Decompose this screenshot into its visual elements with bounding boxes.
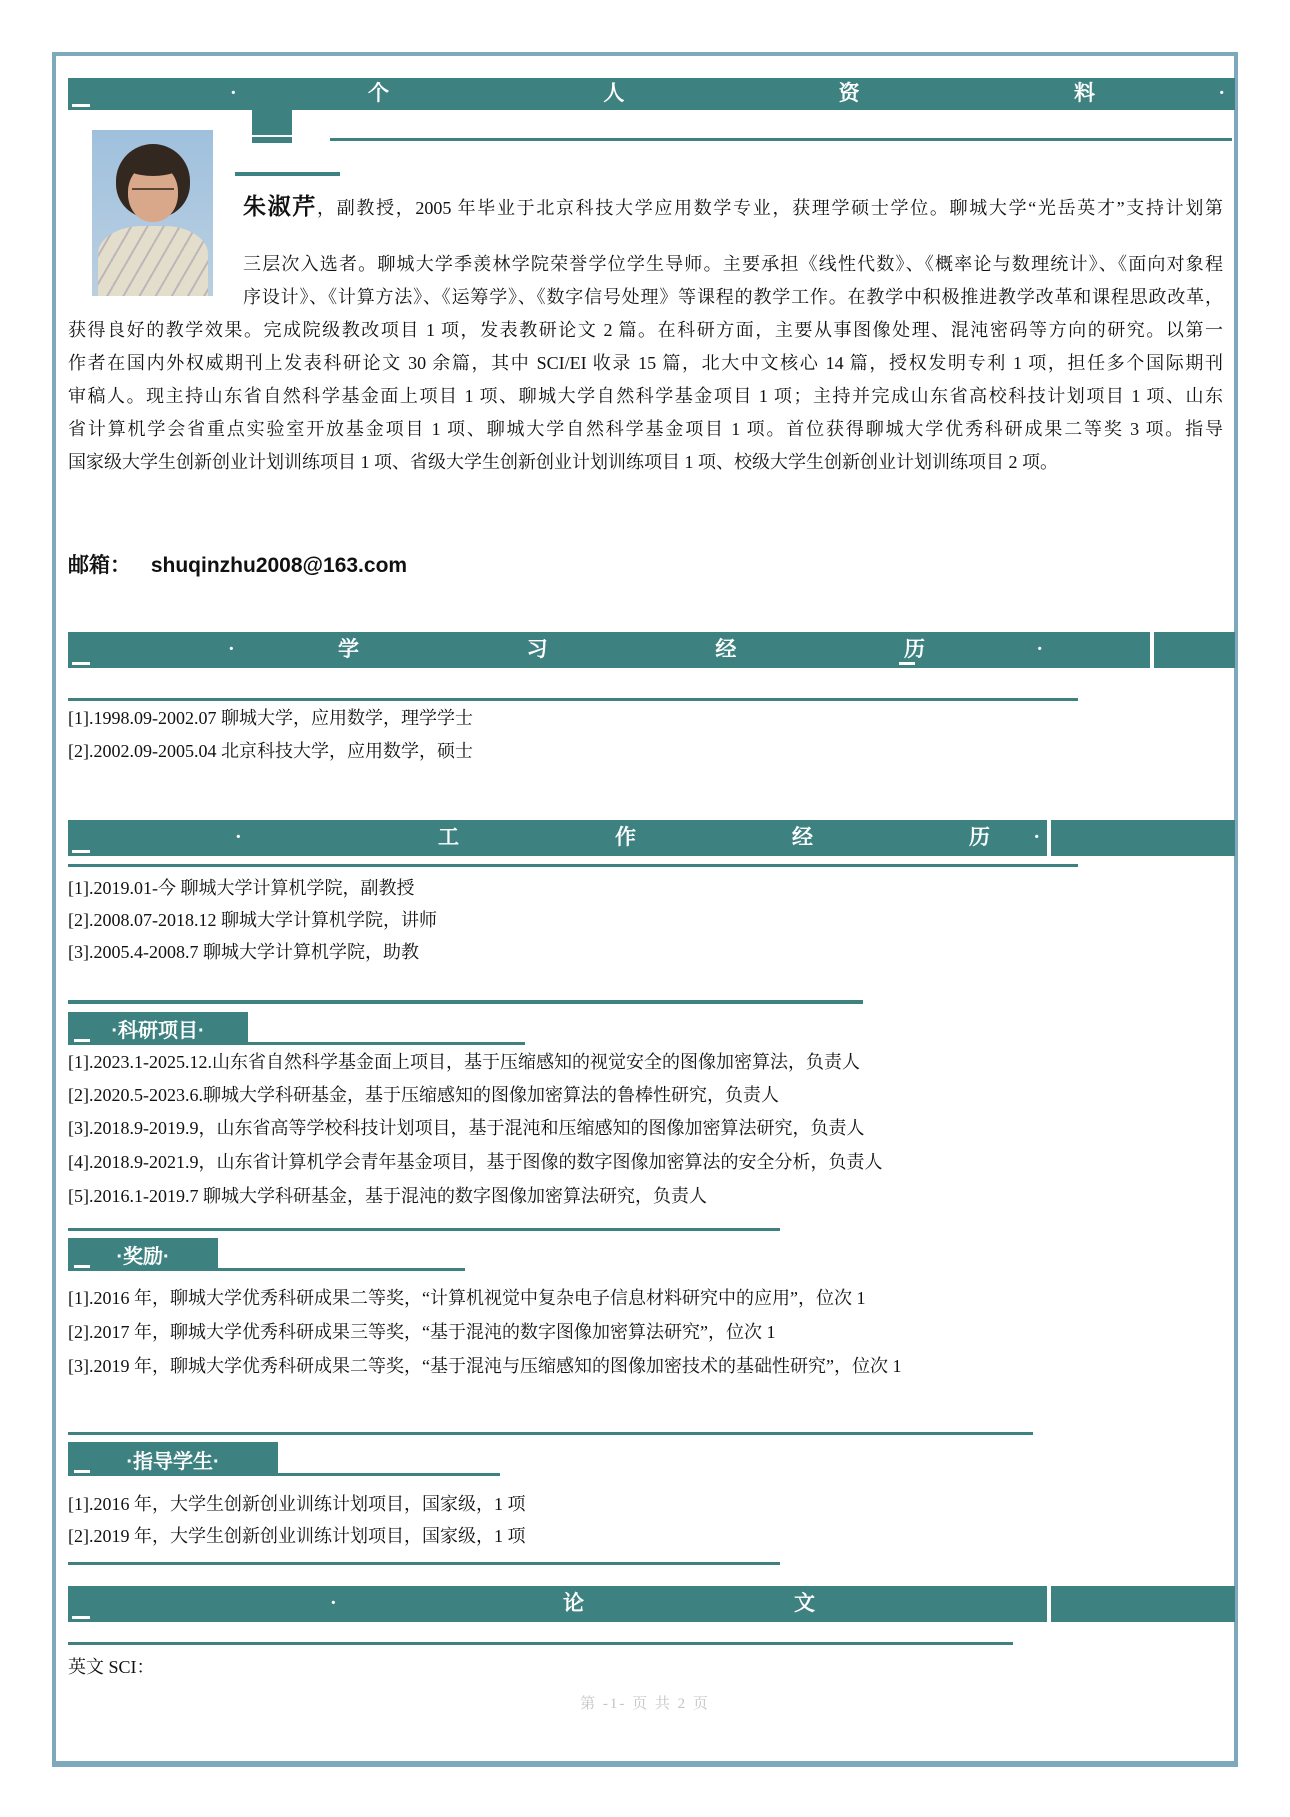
project-item: [1].2023.1-2025.12.山东省自然科学基金面上项目，基于压缩感知的…	[68, 1050, 860, 1074]
project-item: [4].2018.9-2021.9，山东省计算机学会青年基金项目，基于图像的数字…	[68, 1150, 882, 1174]
banner-dash	[899, 662, 915, 665]
divider-line	[68, 1000, 863, 1004]
bio-line: 审稿人。现主持山东省自然科学基金面上项目 1 项、聊城大学自然科学基金项目 1 …	[68, 384, 1223, 408]
banner-dash	[72, 850, 90, 853]
papers-banner-title: 论 文	[563, 1586, 815, 1622]
mentoring-item: [2].2019 年，大学生创新创业训练计划项目，国家级，1 项	[68, 1524, 526, 1548]
photo-glasses	[132, 188, 174, 200]
work-banner: · 工 作 经 历 ·	[68, 820, 1235, 856]
divider-line	[330, 138, 1232, 141]
divider-line	[68, 1642, 1013, 1645]
project-item: [5].2016.1-2019.7 聊城大学科研基金，基于混沌的数字图像加密算法…	[68, 1184, 707, 1208]
banner-dot: ·	[230, 82, 237, 105]
bio-line: 省计算机学会省重点实验室开放基金项目 1 项、聊城大学自然科学基金项目 1 项。…	[68, 417, 1223, 441]
award-item: [1].2016 年，聊城大学优秀科研成果二等奖，“计算机视觉中复杂电子信息材料…	[68, 1286, 865, 1310]
mentoring-header-title: ·指导学生·	[126, 1445, 219, 1474]
profile-banner: · 个 人 资 料 ·	[68, 78, 1235, 110]
banner-notch	[1047, 1586, 1051, 1622]
email-value: shuqinzhu2008@163.com	[151, 554, 407, 577]
email-row: 邮箱： shuqinzhu2008@163.com	[68, 549, 407, 579]
resume-page: · 个 人 资 料 · 朱淑芹，副教授，2005 年毕业于北京科技大学应用数学专…	[0, 0, 1290, 1817]
decorative-block-line	[252, 135, 292, 137]
decorative-block	[252, 110, 292, 143]
divider-line	[68, 864, 1078, 867]
projects-header: ·科研项目·	[68, 1012, 248, 1045]
photo-shirt	[98, 226, 208, 296]
banner-dash	[72, 1616, 90, 1619]
mentoring-item: [1].2016 年，大学生创新创业训练计划项目，国家级，1 项	[68, 1492, 526, 1516]
banner-dot: ·	[228, 638, 235, 661]
education-banner: · 学 习 经 历 ·	[68, 632, 1235, 668]
person-name: 朱淑芹	[243, 193, 317, 219]
mentoring-header: ·指导学生·	[68, 1442, 278, 1476]
papers-banner: · 论 文	[68, 1586, 1235, 1622]
banner-dash	[74, 1039, 90, 1042]
banner-dot: ·	[1218, 82, 1225, 105]
work-item: [1].2019.01-今 聊城大学计算机学院，副教授	[68, 876, 414, 900]
banner-dash	[72, 662, 90, 665]
email-label: 邮箱：	[68, 554, 131, 577]
bio-line: 朱淑芹，副教授，2005 年毕业于北京科技大学应用数学专业，获理学硕士学位。聊城…	[243, 194, 1223, 220]
bio-line: 序设计》、《计算方法》、《运筹学》、《数字信号处理》等课程的教学工作。在教学中积…	[243, 285, 1223, 309]
awards-header: ·奖励·	[68, 1238, 218, 1271]
divider-line-short	[235, 172, 340, 176]
divider-line	[68, 1562, 780, 1565]
bio-line: 作者在国内外权威期刊上发表科研论文 30 余篇，其中 SCI/EI 收录 15 …	[68, 351, 1223, 375]
work-item: [3].2005.4-2008.7 聊城大学计算机学院，助教	[68, 940, 419, 964]
education-banner-title: 学 习 经 历	[338, 632, 925, 668]
divider-line	[68, 1228, 780, 1231]
banner-dot: ·	[235, 826, 242, 849]
banner-dash	[74, 1265, 90, 1268]
divider-line	[68, 1432, 1033, 1435]
banner-dot: ·	[330, 1592, 337, 1615]
project-item: [3].2018.9-2019.9，山东省高等学校科技计划项目，基于混沌和压缩感…	[68, 1116, 864, 1140]
work-banner-title: 工 作 经 历	[438, 820, 990, 856]
banner-notch	[1047, 820, 1051, 856]
profile-banner-title: 个 人 资 料	[368, 78, 1095, 110]
banner-dot: ·	[1033, 826, 1040, 849]
bio-line: 获得良好的教学效果。完成院级教改项目 1 项，发表教研论文 2 篇。在科研方面，…	[68, 318, 1223, 342]
banner-notch	[1150, 632, 1154, 668]
education-item: [2].2002.09-2005.04 北京科技大学，应用数学，硕士	[68, 739, 473, 763]
photo-fringe	[122, 150, 184, 176]
award-item: [3].2019 年，聊城大学优秀科研成果二等奖，“基于混沌与压缩感知的图像加密…	[68, 1354, 901, 1378]
project-item: [2].2020.5-2023.6.聊城大学科研基金，基于压缩感知的图像加密算法…	[68, 1083, 779, 1107]
bio-line: 国家级大学生创新创业计划训练项目 1 项、省级大学生创新创业计划训练项目 1 项…	[68, 450, 1223, 474]
projects-header-title: ·科研项目·	[111, 1014, 204, 1043]
work-item: [2].2008.07-2018.12 聊城大学计算机学院，讲师	[68, 908, 437, 932]
bio-text: ，副教授，2005 年毕业于北京科技大学应用数学专业，获理学硕士学位。聊城大学“…	[317, 198, 1223, 218]
banner-dash	[74, 1470, 90, 1473]
banner-dot: ·	[1036, 638, 1043, 661]
award-item: [2].2017 年，聊城大学优秀科研成果三等奖，“基于混沌的数字图像加密算法研…	[68, 1320, 775, 1344]
education-item: [1].1998.09-2002.07 聊城大学，应用数学，理学学士	[68, 706, 473, 730]
banner-dash	[72, 104, 90, 107]
awards-header-title: ·奖励·	[116, 1240, 169, 1269]
divider-line	[68, 698, 1078, 701]
papers-language-label: 英文 SCI：	[68, 1655, 155, 1679]
profile-photo	[92, 130, 213, 296]
page-footer: 第 -1- 页 共 2 页	[0, 1692, 1290, 1713]
bio-line: 三层次入选者。聊城大学季羡林学院荣誉学位学生导师。主要承担《线性代数》、《概率论…	[243, 252, 1223, 276]
